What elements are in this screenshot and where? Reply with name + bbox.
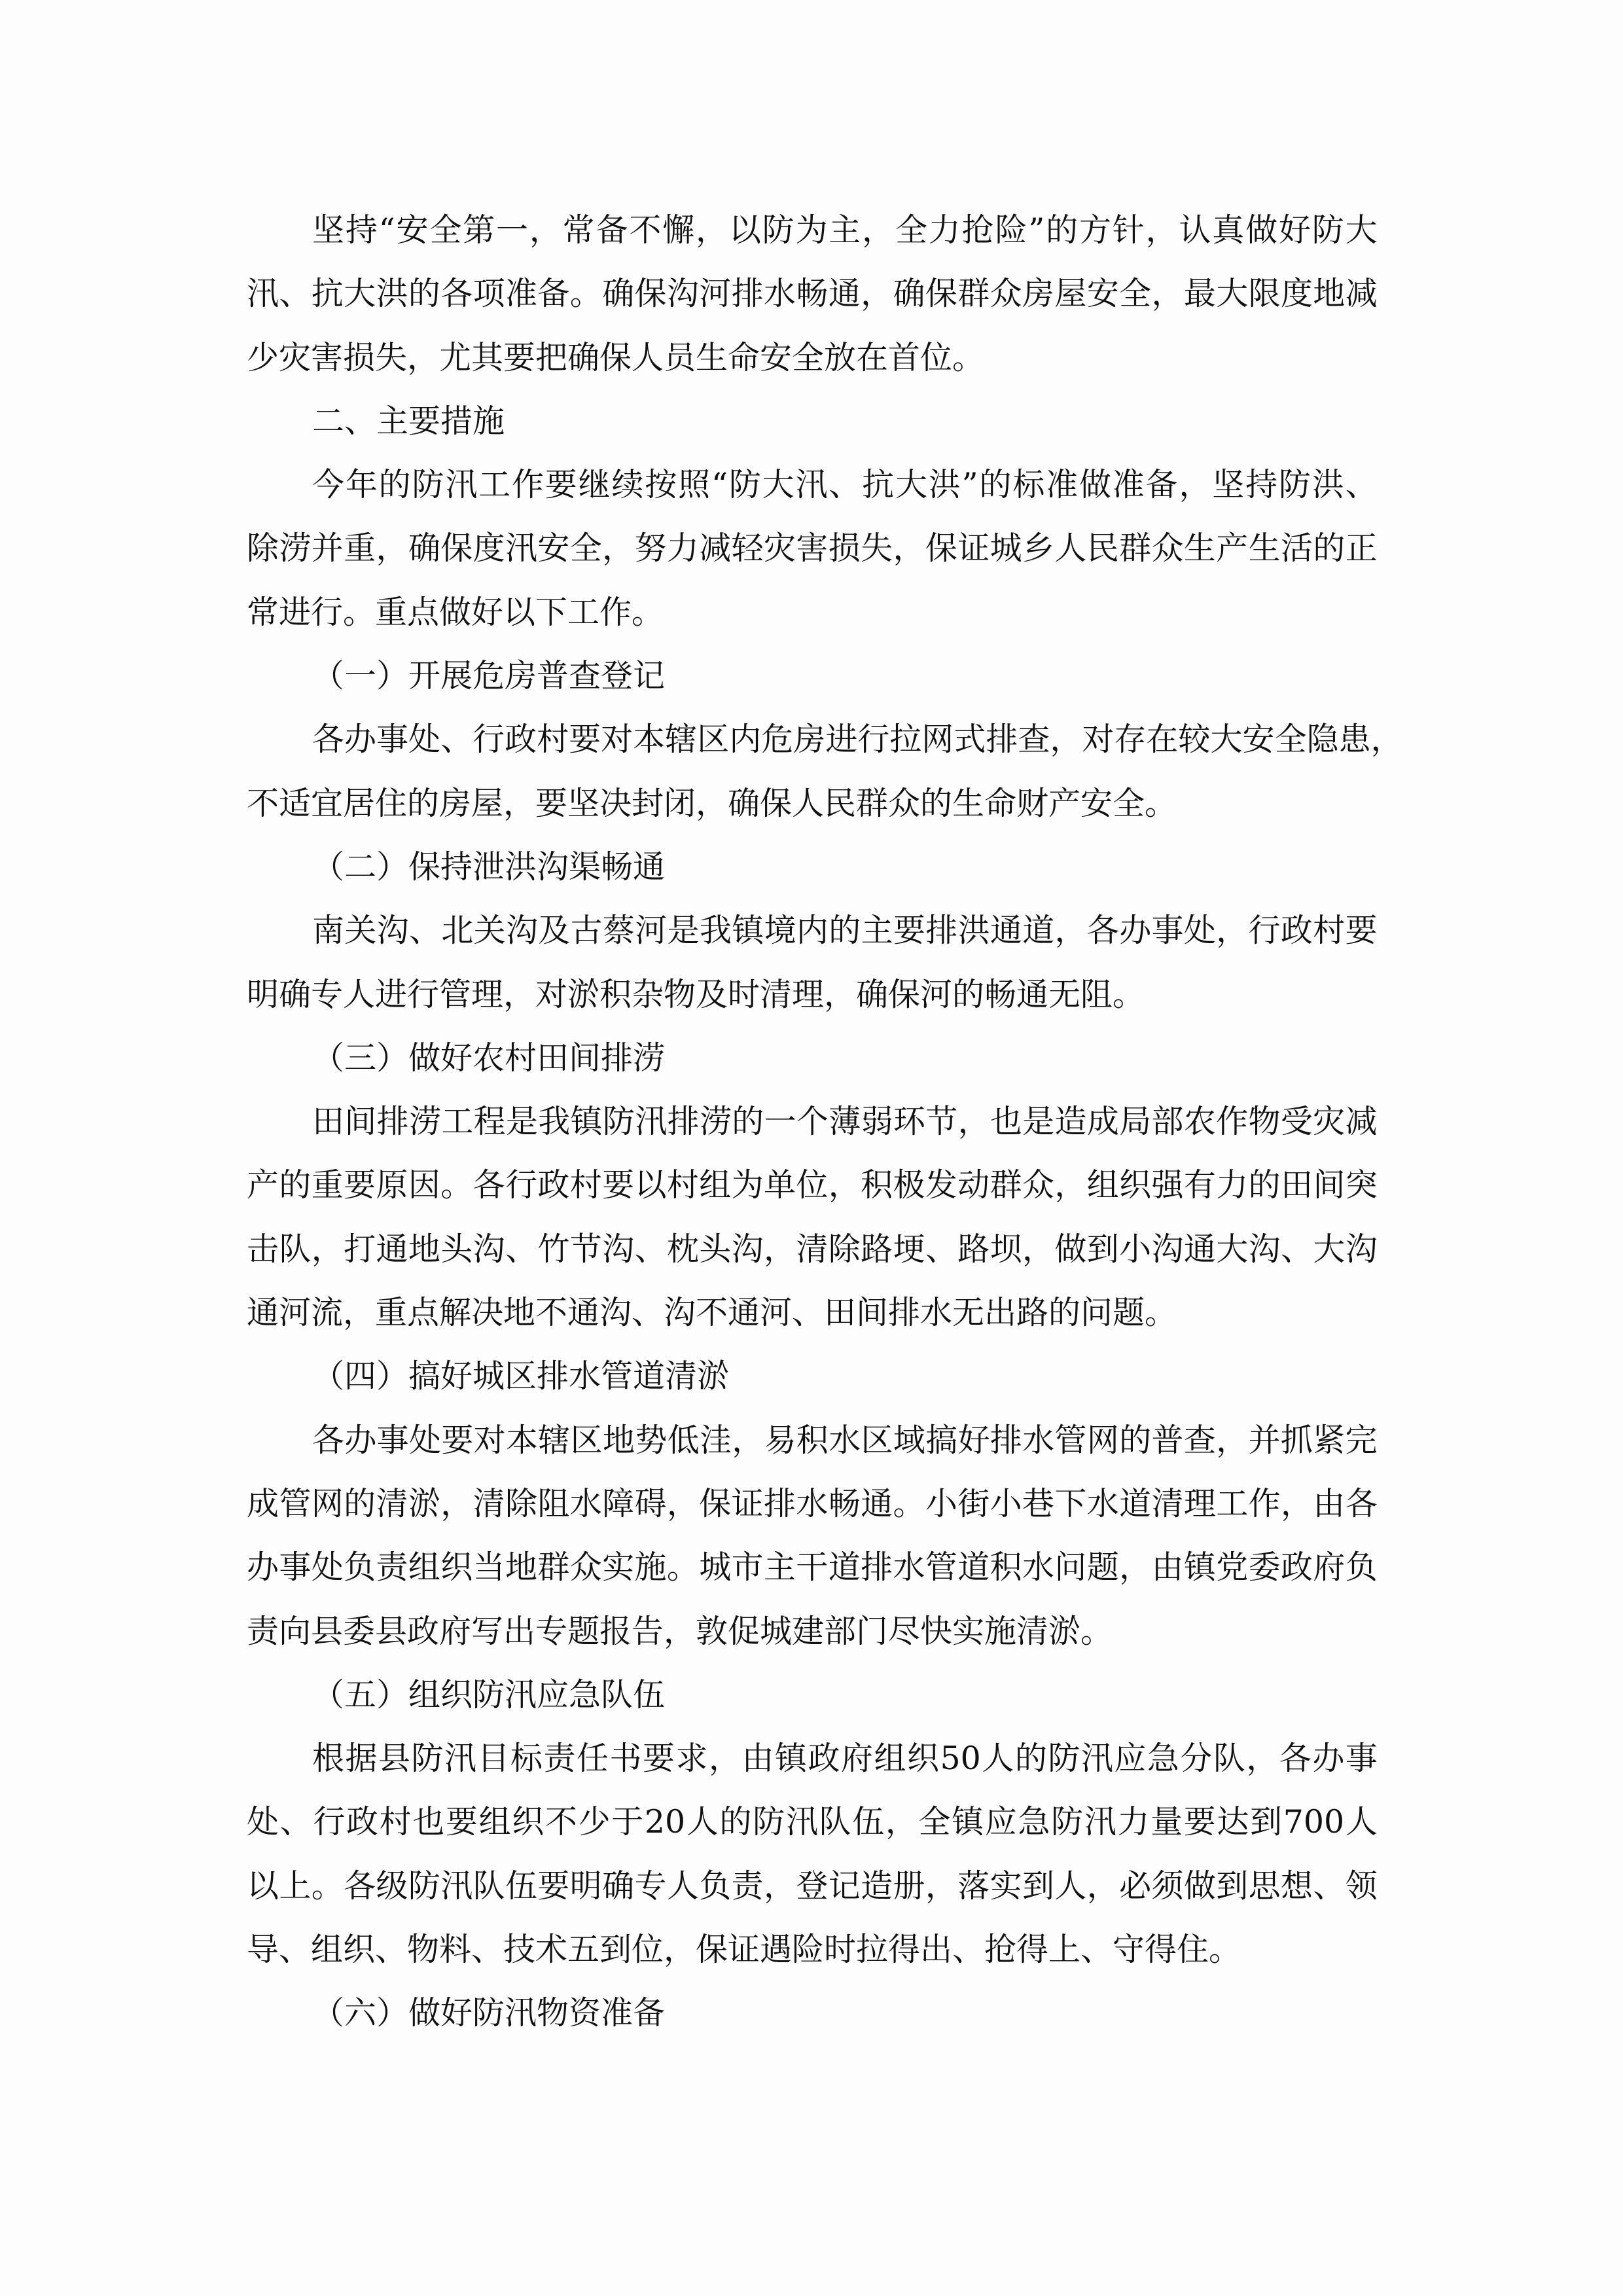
subheading-drainage-channels: （二）保持泄洪沟渠畅通 xyxy=(247,835,1385,899)
subheading-housing-survey: （一）开展危房普查登记 xyxy=(247,644,1385,708)
text-line: 除涝并重，确保度汛安全，努力减轻灾害损失，保证城乡人民群众生产生活的正 xyxy=(247,516,1378,580)
section-heading-main-measures: 二、主要措施 xyxy=(247,389,1385,453)
text-line: 少灾害损失，尤其要把确保人员生命安全放在首位。 xyxy=(247,326,1385,389)
text-line: 田间排涝工程是我镇防汛排涝的一个薄弱环节，也是造成局部农作物受灾减 xyxy=(247,1090,1378,1153)
text-line: 通河流，重点解决地不通沟、沟不通河、田间排水无出路的问题。 xyxy=(247,1281,1385,1344)
subheading-text: （一）开展危房普查登记 xyxy=(247,644,1385,708)
paragraph-housing-survey: 各办事处、行政村要对本辖区内危房进行拉网式排查，对存在较大安全隐患， 不适宜居住… xyxy=(247,708,1385,835)
paragraph-emergency-team: 根据县防汛目标责任书要求，由镇政府组织50人的防汛应急分队，各办事 处、行政村也… xyxy=(247,1727,1385,1981)
text-line: 各办事处、行政村要对本辖区内危房进行拉网式排查，对存在较大安全隐患， xyxy=(247,708,1378,771)
subheading-text: （二）保持泄洪沟渠畅通 xyxy=(247,835,1385,899)
text-line: 今年的防汛工作要继续按照“防大汛、抗大洪”的标准做准备，坚持防洪、 xyxy=(247,453,1378,516)
paragraph-field-drainage: 田间排涝工程是我镇防汛排涝的一个薄弱环节，也是造成局部农作物受灾减 产的重要原因… xyxy=(247,1090,1385,1344)
text-line: 成管网的清淤，清除阻水障碍，保证排水畅通。小街小巷下水道清理工作，由各 xyxy=(247,1472,1378,1535)
subheading-emergency-team: （五）组织防汛应急队伍 xyxy=(247,1663,1385,1727)
paragraph-drainage-channels: 南关沟、北关沟及古蔡河是我镇境内的主要排洪通道，各办事处，行政村要 明确专人进行… xyxy=(247,899,1385,1026)
subheading-field-drainage: （三）做好农村田间排涝 xyxy=(247,1026,1385,1090)
text-line: 产的重要原因。各行政村要以村组为单位，积极发动群众，组织强有力的田间突 xyxy=(247,1153,1378,1217)
paragraph-measures-intro: 今年的防汛工作要继续按照“防大汛、抗大洪”的标准做准备，坚持防洪、 除涝并重，确… xyxy=(247,453,1385,644)
document-page: 坚持“安全第一，常备不懈，以防为主，全力抢险”的方针，认真做好防大 汛、抗大洪的… xyxy=(247,198,1385,2045)
text-line: 明确专人进行管理，对淤积杂物及时清理，确保河的畅通无阻。 xyxy=(247,963,1385,1026)
text-line: 根据县防汛目标责任书要求，由镇政府组织50人的防汛应急分队，各办事 xyxy=(247,1727,1378,1790)
paragraph-policy: 坚持“安全第一，常备不懈，以防为主，全力抢险”的方针，认真做好防大 汛、抗大洪的… xyxy=(247,198,1385,389)
text-line: 坚持“安全第一，常备不懈，以防为主，全力抢险”的方针，认真做好防大 xyxy=(247,198,1378,262)
text-line: 处、行政村也要组织不少于20人的防汛队伍，全镇应急防汛力量要达到700人 xyxy=(247,1790,1378,1854)
paragraph-urban-pipes: 各办事处要对本辖区地势低洼，易积水区域搞好排水管网的普查，并抓紧完 成管网的清淤… xyxy=(247,1408,1385,1663)
text-line: 汛、抗大洪的各项准备。确保沟河排水畅通，确保群众房屋安全，最大限度地减 xyxy=(247,262,1378,325)
text-line: 各办事处要对本辖区地势低洼，易积水区域搞好排水管网的普查，并抓紧完 xyxy=(247,1408,1378,1472)
text-line: 常进行。重点做好以下工作。 xyxy=(247,581,1385,644)
subheading-flood-supplies: （六）做好防汛物资准备 xyxy=(247,1981,1385,2045)
text-line: 责向县委县政府写出专题报告，敦促城建部门尽快实施清淤。 xyxy=(247,1600,1385,1663)
subheading-text: （四）搞好城区排水管道清淤 xyxy=(247,1344,1385,1408)
heading-text: 二、主要措施 xyxy=(247,389,1385,453)
text-line: 不适宜居住的房屋，要坚决封闭，确保人民群众的生命财产安全。 xyxy=(247,772,1385,835)
subheading-text: （六）做好防汛物资准备 xyxy=(247,1981,1385,2045)
text-line: 办事处负责组织当地群众实施。城市主干道排水管道积水问题，由镇党委政府负 xyxy=(247,1535,1378,1599)
text-line: 南关沟、北关沟及古蔡河是我镇境内的主要排洪通道，各办事处，行政村要 xyxy=(247,899,1378,962)
text-line: 击队，打通地头沟、竹节沟、枕头沟，清除路埂、路坝，做到小沟通大沟、大沟 xyxy=(247,1217,1378,1281)
subheading-urban-pipes: （四）搞好城区排水管道清淤 xyxy=(247,1344,1385,1408)
text-line: 以上。各级防汛队伍要明确专人负责，登记造册，落实到人，必须做到思想、领 xyxy=(247,1854,1378,1918)
subheading-text: （三）做好农村田间排涝 xyxy=(247,1026,1385,1090)
text-line: 导、组织、物料、技术五到位，保证遇险时拉得出、抢得上、守得住。 xyxy=(247,1918,1385,1981)
subheading-text: （五）组织防汛应急队伍 xyxy=(247,1663,1385,1727)
